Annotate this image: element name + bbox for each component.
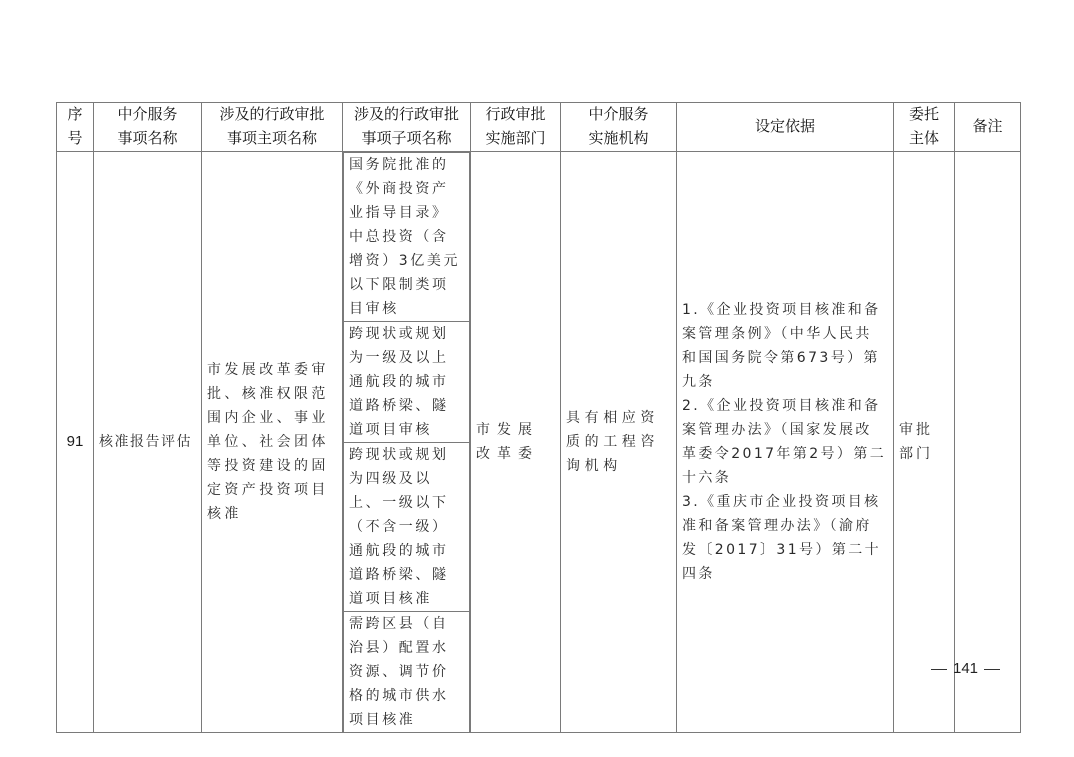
- sub-item: 跨现状或规划为四级及以上、一级以下（不含一级）通航段的城市道路桥梁、隧道项目核准: [344, 443, 470, 612]
- cell-basis: 1.《企业投资项目核准和备案管理条例》（中华人民共和国国务院令第673号）第九条…: [677, 152, 894, 733]
- entrust-text: 审批部门: [894, 418, 954, 466]
- header-agency: 中介服务实施机构: [561, 103, 677, 152]
- basis-item: 2.《企业投资项目核准和备案管理办法》（国家发展改革委令2017年第2号）第二十…: [682, 394, 888, 490]
- table-row: 91 核准报告评估 市发展改革委审批、核准权限范围内企业、事业单位、社会团体等投…: [57, 152, 1021, 733]
- dept-text: 市发展改革委: [471, 418, 560, 466]
- sub-item: 跨现状或规划为一级及以上通航段的城市道路桥梁、隧道项目审核: [344, 322, 470, 443]
- document-page: 序号 中介服务事项名称 涉及的行政审批事项主项名称 涉及的行政审批事项子项名称 …: [0, 0, 1074, 757]
- agency-text: 具有相应资质的工程咨询机构: [561, 406, 676, 478]
- cell-service-name: 核准报告评估: [94, 152, 202, 733]
- header-remark: 备注: [955, 103, 1021, 152]
- service-items-table: 序号 中介服务事项名称 涉及的行政审批事项主项名称 涉及的行政审批事项子项名称 …: [56, 102, 1021, 733]
- header-service-name: 中介服务事项名称: [94, 103, 202, 152]
- header-entrust: 委托主体: [894, 103, 955, 152]
- page-number: 141: [925, 660, 1006, 677]
- cell-entrust: 审批部门: [894, 152, 955, 733]
- header-dept: 行政审批实施部门: [471, 103, 561, 152]
- header-sub-item: 涉及的行政审批事项子项名称: [343, 103, 471, 152]
- basis-item: 1.《企业投资项目核准和备案管理条例》（中华人民共和国国务院令第673号）第九条: [682, 298, 888, 394]
- header-basis: 设定依据: [677, 103, 894, 152]
- dash-left: [931, 669, 947, 670]
- dash-right: [984, 669, 1000, 670]
- service-name-text: 核准报告评估: [94, 430, 201, 454]
- cell-main-item: 市发展改革委审批、核准权限范围内企业、事业单位、社会团体等投资建设的固定资产投资…: [202, 152, 343, 733]
- sub-item: 需跨区县（自治县）配置水资源、调节价格的城市供水项目核准: [344, 612, 470, 733]
- basis-item: 3.《重庆市企业投资项目核准和备案管理办法》（渝府发〔2017〕31号）第二十四…: [682, 490, 888, 586]
- cell-sub-items: 国务院批准的《外商投资产业指导目录》中总投资（含增资）3亿美元以下限制类项目审核…: [343, 152, 471, 733]
- cell-agency: 具有相应资质的工程咨询机构: [561, 152, 677, 733]
- sub-items-list: 国务院批准的《外商投资产业指导目录》中总投资（含增资）3亿美元以下限制类项目审核…: [343, 152, 470, 732]
- basis-list: 1.《企业投资项目核准和备案管理条例》（中华人民共和国国务院令第673号）第九条…: [677, 298, 893, 586]
- cell-seq: 91: [57, 152, 94, 733]
- table-header-row: 序号 中介服务事项名称 涉及的行政审批事项主项名称 涉及的行政审批事项子项名称 …: [57, 103, 1021, 152]
- sub-item: 国务院批准的《外商投资产业指导目录》中总投资（含增资）3亿美元以下限制类项目审核: [344, 153, 470, 322]
- cell-remark: [955, 152, 1021, 733]
- cell-dept: 市发展改革委: [471, 152, 561, 733]
- header-seq: 序号: [57, 103, 94, 152]
- header-main-item: 涉及的行政审批事项主项名称: [202, 103, 343, 152]
- main-item-text: 市发展改革委审批、核准权限范围内企业、事业单位、社会团体等投资建设的固定资产投资…: [202, 358, 342, 526]
